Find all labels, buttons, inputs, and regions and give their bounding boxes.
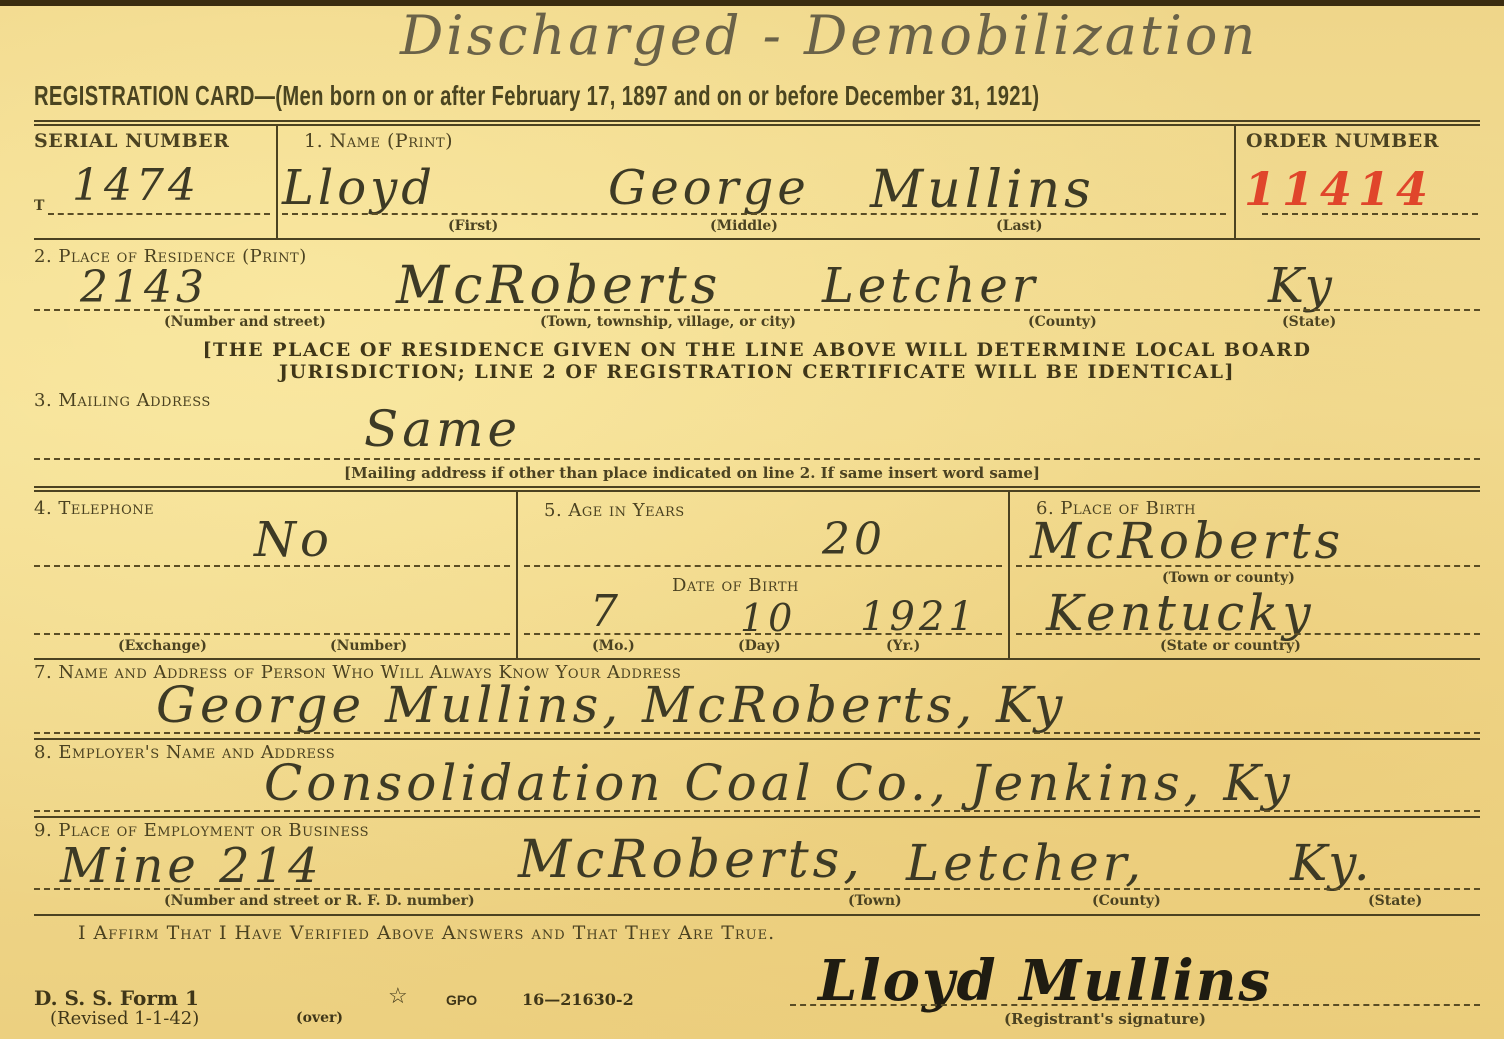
last-name-value: Mullins xyxy=(870,160,1095,220)
serial-prefix: T xyxy=(34,198,45,214)
jurisdiction-notice-line2: JURISDICTION; LINE 2 OF REGISTRATION CER… xyxy=(34,361,1480,383)
signature-caption: (Registrant's signature) xyxy=(1004,1010,1206,1028)
field-line xyxy=(1016,565,1480,567)
field-line xyxy=(1262,213,1478,215)
mailing-address-caption: [Mailing address if other than place ind… xyxy=(344,464,1040,482)
rule xyxy=(34,914,1480,916)
residence-county-caption: (County) xyxy=(1028,314,1097,330)
form-revised: (Revised 1-1-42) xyxy=(50,1008,199,1029)
employer-value: Consolidation Coal Co., Jenkins, Ky xyxy=(264,754,1294,812)
employment-state-caption: (State) xyxy=(1368,893,1422,909)
serial-number-label: SERIAL NUMBER xyxy=(34,130,229,152)
dob-month-value: 7 xyxy=(590,586,622,637)
last-caption: (Last) xyxy=(996,218,1043,234)
rule xyxy=(34,816,1480,818)
field-line xyxy=(34,888,1480,890)
discharge-annotation: Discharged - Demobilization xyxy=(400,4,1258,67)
field-line xyxy=(524,565,1002,567)
number-caption: (Number) xyxy=(330,638,407,654)
field-line xyxy=(48,213,270,215)
residence-town-value: McRoberts xyxy=(396,256,721,316)
employment-number-caption: (Number and street or R. F. D. number) xyxy=(164,893,475,909)
mailing-address-value: Same xyxy=(364,400,521,458)
date-of-birth-label: Date of Birth xyxy=(672,575,799,596)
age-value: 20 xyxy=(822,514,886,565)
rule xyxy=(34,486,1480,492)
field-line xyxy=(282,213,1226,215)
field-line xyxy=(524,633,1002,635)
day-caption: (Day) xyxy=(738,638,781,654)
affirmation-text: I Affirm That I Have Verified Above Answ… xyxy=(78,922,775,944)
employment-number-value: Mine 214 xyxy=(60,838,323,894)
residence-state-caption: (State) xyxy=(1282,314,1336,330)
contact-value: George Mullins, McRoberts, Ky xyxy=(156,676,1066,734)
gpo-number: 16—21630-2 xyxy=(522,990,634,1009)
registration-card: Discharged - Demobilization REGISTRATION… xyxy=(0,0,1504,1039)
gpo-label: GPO xyxy=(446,992,477,1008)
employment-state-value: Ky. xyxy=(1290,834,1374,892)
age-label: 5. Age in Years xyxy=(544,500,685,521)
serial-number-value: 1474 xyxy=(72,160,200,211)
middle-name-value: George xyxy=(608,160,810,216)
first-caption: (First) xyxy=(448,218,498,234)
first-name-value: Lloyd xyxy=(282,160,436,216)
field-line xyxy=(34,458,1480,460)
birthplace-town-value: McRoberts xyxy=(1030,512,1344,570)
residence-town-caption: (Town, township, village, or city) xyxy=(540,314,796,330)
residence-state-value: Ky xyxy=(1268,258,1336,314)
employment-town-value: McRoberts, xyxy=(518,830,864,890)
residence-number-value: 2143 xyxy=(80,262,208,313)
divider xyxy=(276,126,278,238)
divider xyxy=(1234,126,1236,238)
order-number-value: 11414 xyxy=(1244,162,1434,216)
divider xyxy=(1008,492,1010,658)
field-line xyxy=(34,565,510,567)
star-icon: ☆ xyxy=(388,984,408,1009)
jurisdiction-notice-line1: [THE PLACE OF RESIDENCE GIVEN ON THE LIN… xyxy=(34,339,1480,361)
exchange-caption: (Exchange) xyxy=(118,638,207,654)
residence-county-value: Letcher xyxy=(822,258,1039,314)
month-caption: (Mo.) xyxy=(592,638,635,654)
field-line xyxy=(34,732,1480,734)
order-number-label: ORDER NUMBER xyxy=(1246,130,1439,152)
residence-number-caption: (Number and street) xyxy=(164,314,326,330)
over-indicator: (over) xyxy=(296,1010,343,1026)
telephone-value: No xyxy=(254,512,333,568)
field-line xyxy=(1016,633,1480,635)
rule xyxy=(34,738,1480,740)
rule xyxy=(34,658,1480,660)
middle-caption: (Middle) xyxy=(710,218,778,234)
field-line xyxy=(34,309,1480,311)
birthplace-state-caption: (State or country) xyxy=(1160,638,1301,654)
field-line xyxy=(34,810,1480,812)
year-caption: (Yr.) xyxy=(886,638,920,654)
divider xyxy=(516,492,518,658)
employment-county-value: Letcher, xyxy=(906,834,1145,892)
employment-county-caption: (County) xyxy=(1092,893,1161,909)
rule xyxy=(34,238,1480,240)
telephone-label: 4. Telephone xyxy=(34,498,154,519)
name-label: 1. Name (Print) xyxy=(304,130,453,152)
form-number: D. S. S. Form 1 xyxy=(34,986,199,1010)
mailing-address-label: 3. Mailing Address xyxy=(34,390,211,411)
signature-line xyxy=(790,1004,1480,1006)
card-title: REGISTRATION CARD—(Men born on or after … xyxy=(34,80,1330,112)
employment-town-caption: (Town) xyxy=(848,893,902,909)
field-line xyxy=(34,633,510,635)
rule xyxy=(34,120,1480,126)
